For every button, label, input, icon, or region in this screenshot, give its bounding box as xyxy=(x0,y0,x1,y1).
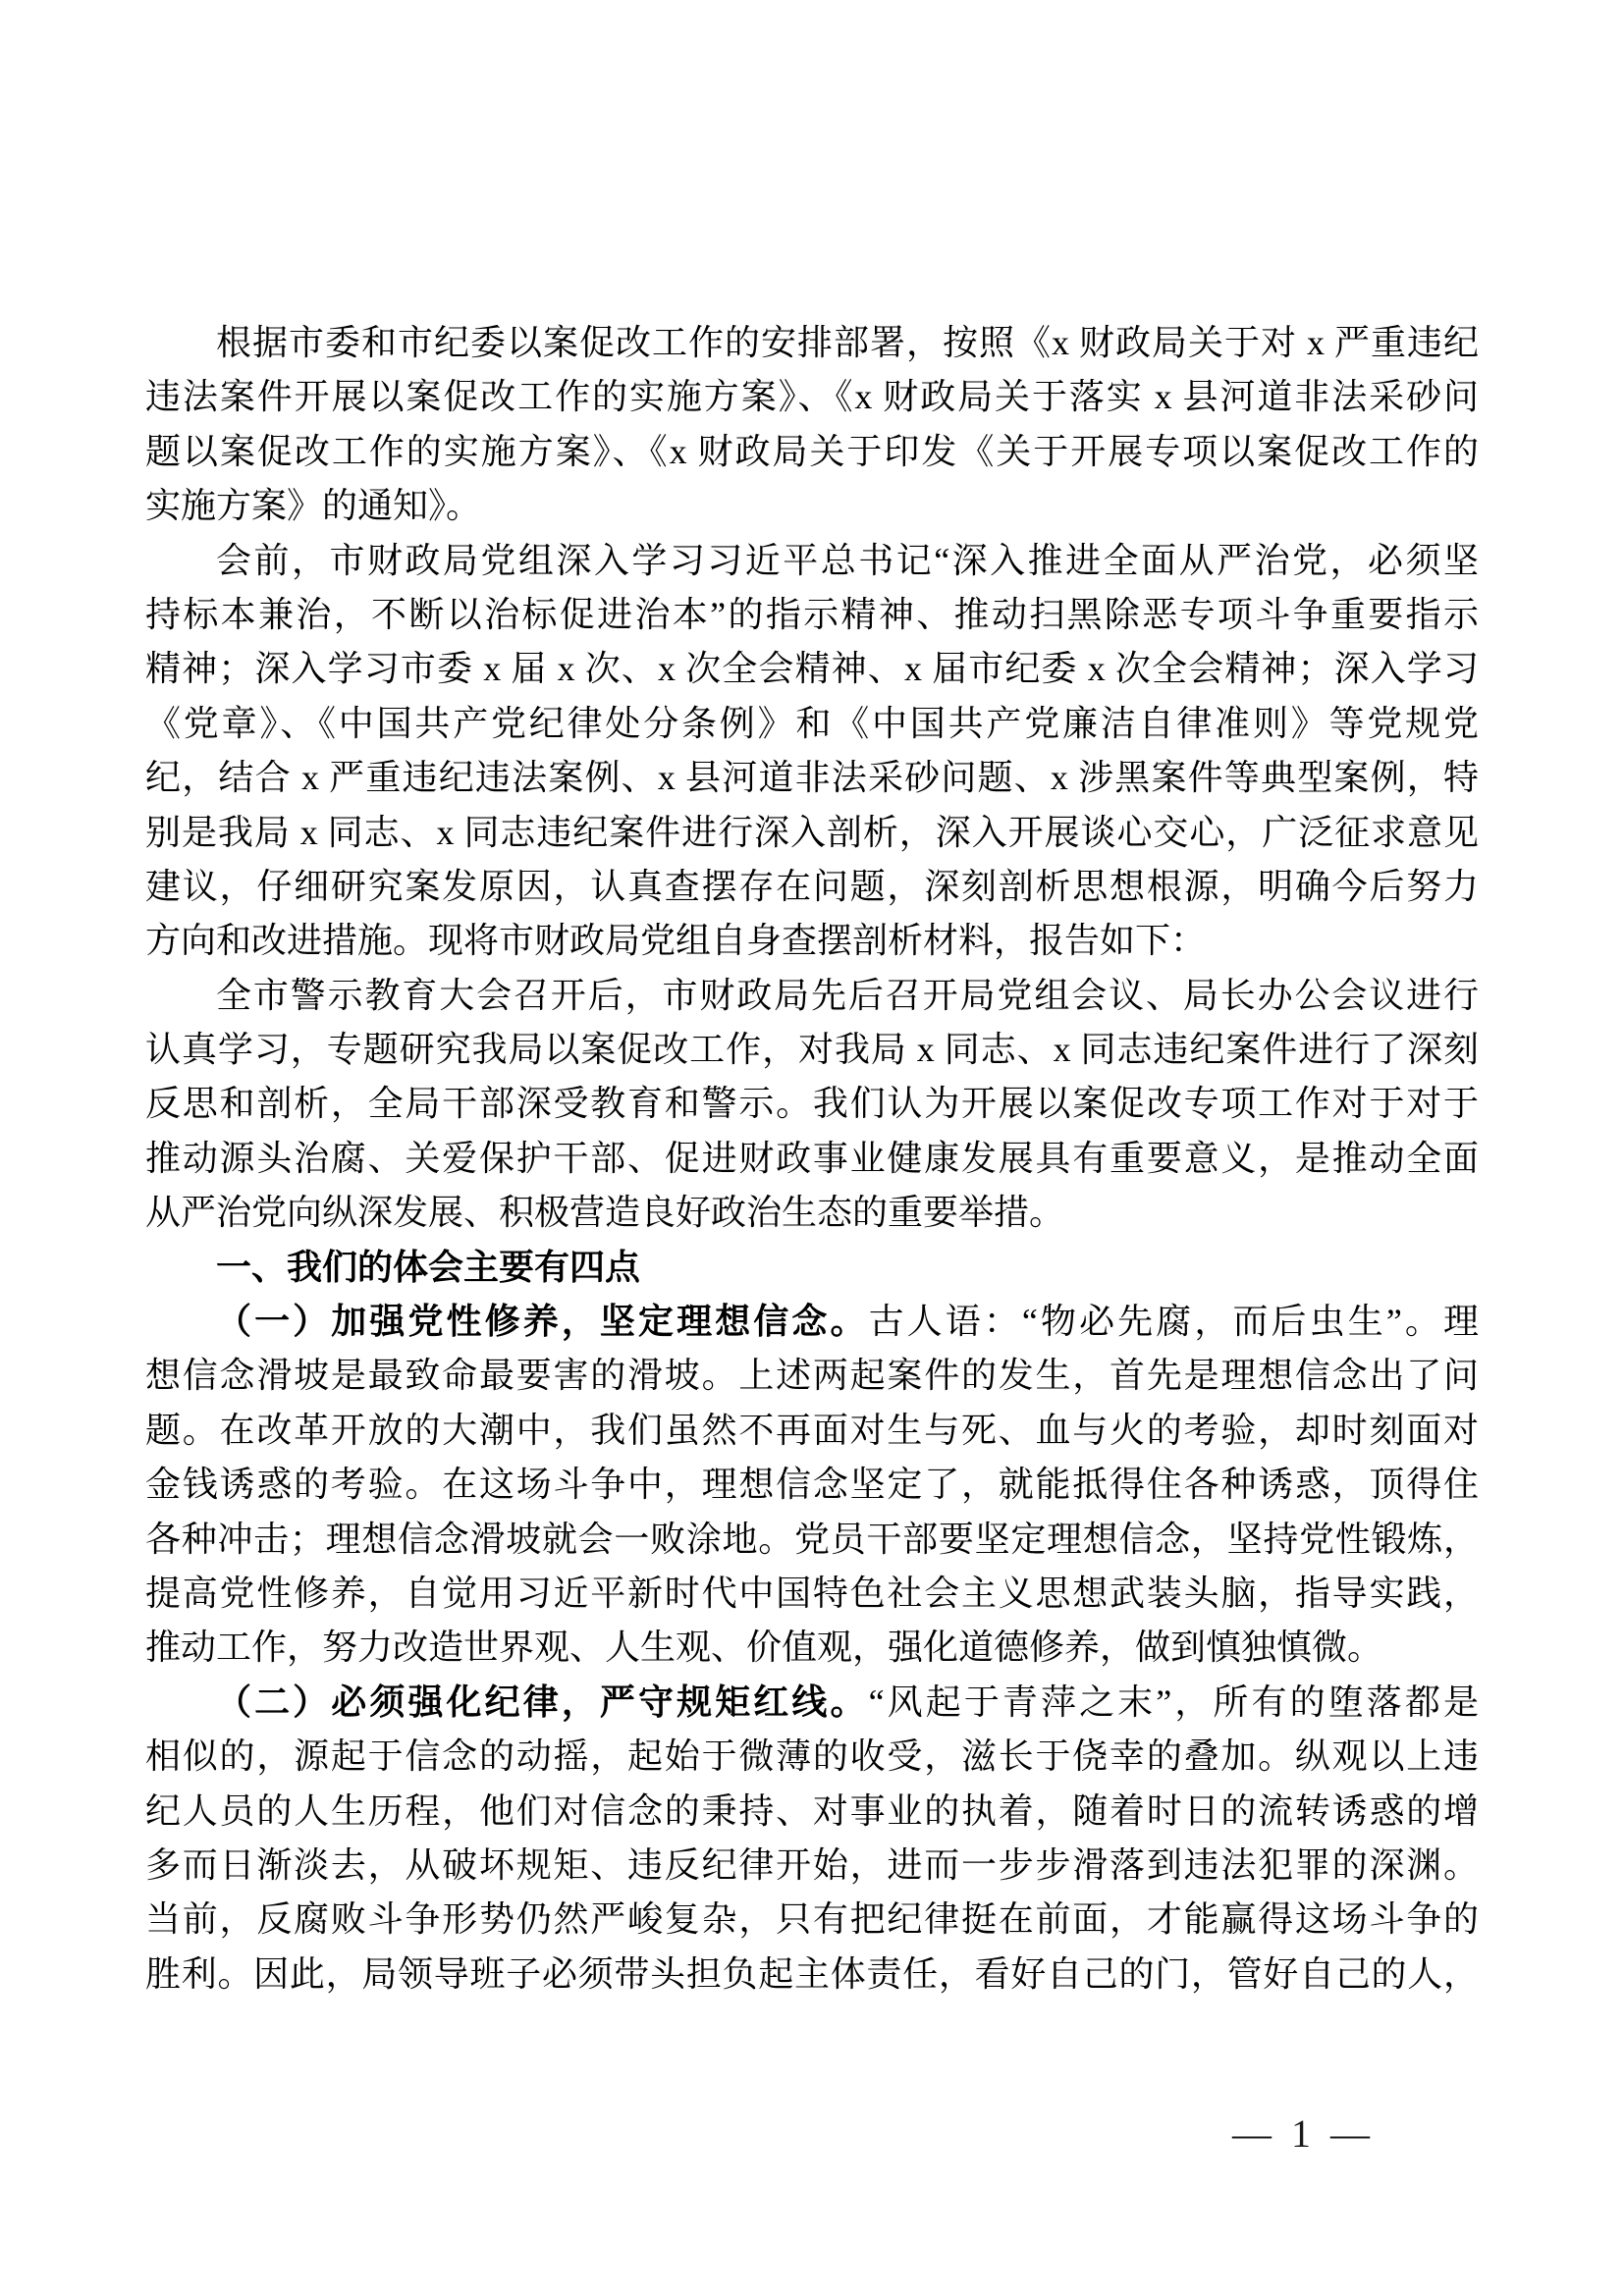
text-line: 金钱诱惑的考验。在这场斗争中，理想信念坚定了，就能抵得住各种诱惑，顶得住 xyxy=(145,1458,1479,1512)
text-line: 精神；深入学习市委 x 届 x 次、x 次全会精神、x 届市纪委 x 次全会精神… xyxy=(145,642,1479,696)
text-run: 根据市委和市纪委以案促改工作的安排部署，按照《x 财政局关于对 x 严重违纪 xyxy=(216,323,1479,362)
text-run: 方向和改进措施。现将市财政局党组自身查摆剖析材料，报告如下： xyxy=(145,921,1206,960)
text-run: 反思和剖析，全局干部深受教育和警示。我们认为开展以案促改专项工作对于对于 xyxy=(145,1084,1479,1123)
document-body: 根据市委和市纪委以案促改工作的安排部署，按照《x 财政局关于对 x 严重违纪违法… xyxy=(145,316,1479,2002)
text-line: 反思和剖析，全局干部深受教育和警示。我们认为开展以案促改专项工作对于对于 xyxy=(145,1077,1479,1131)
bold-text-run: （二）必须强化纪律，严守规矩红线。 xyxy=(216,1682,869,1722)
text-run: 全市警示教育大会召开后，市财政局先后召开局党组会议、局长办公会议进行 xyxy=(216,976,1479,1015)
text-line: 相似的，源起于信念的动摇，起始于微薄的收受，滋长于侥幸的叠加。纵观以上违 xyxy=(145,1730,1479,1784)
text-line: 纪，结合 x 严重违纪违法案例、x 县河道非法采砂问题、x 涉黑案件等典型案例，… xyxy=(145,751,1479,805)
text-run: 想信念滑坡是最致命最要害的滑坡。上述两起案件的发生，首先是理想信念出了问 xyxy=(145,1356,1479,1395)
text-run: 胜利。因此，局领导班子必须带头担负起主体责任，看好自己的门，管好自己的人， xyxy=(145,1954,1479,1994)
text-run: 题。在改革开放的大潮中，我们虽然不再面对生与死、血与火的考验，却时刻面对 xyxy=(145,1411,1479,1450)
text-run: 题以案促改工作的实施方案》、《x 财政局关于印发《关于开展专项以案促改工作的 xyxy=(145,432,1479,471)
text-run: 《党章》、《中国共产党纪律处分条例》和《中国共产党廉洁自律准则》等党规党 xyxy=(145,704,1479,743)
text-run: 认真学习，专题研究我局以案促改工作，对我局 x 同志、x 同志违纪案件进行了深刻 xyxy=(145,1030,1479,1069)
text-run: 持标本兼治，不断以治标促进治本”的指示精神、推动扫黑除恶专项斗争重要指示 xyxy=(145,595,1479,634)
text-run: 精神；深入学习市委 x 届 x 次、x 次全会精神、x 届市纪委 x 次全会精神… xyxy=(145,649,1479,688)
text-line: 想信念滑坡是最致命最要害的滑坡。上述两起案件的发生，首先是理想信念出了问 xyxy=(145,1349,1479,1403)
text-run: 相似的，源起于信念的动摇，起始于微薄的收受，滋长于侥幸的叠加。纵观以上违 xyxy=(145,1736,1479,1776)
bold-text-run: （一）加强党性修养，坚定理想信念。 xyxy=(216,1302,869,1341)
text-run: 多而日渐淡去，从破坏规矩、违反纪律开始，进而一步步滑落到违法犯罪的深渊。 xyxy=(145,1845,1479,1885)
text-line: 推动工作，努力改造世界观、人生观、价值观，强化道德修养，做到慎独慎微。 xyxy=(145,1621,1479,1675)
text-line: 纪人员的人生历程，他们对信念的秉持、对事业的执着，随着时日的流转诱惑的增 xyxy=(145,1785,1479,1839)
text-run: 会前，市财政局党组深入学习习近平总书记“深入推进全面从严治党，必须坚 xyxy=(216,541,1479,580)
text-line: 建议，仔细研究案发原因，认真查摆存在问题，深刻剖析思想根源，明确今后努力 xyxy=(145,860,1479,914)
text-line: 违法案件开展以案促改工作的实施方案》、《x 财政局关于落实 x 县河道非法采砂问 xyxy=(145,370,1479,424)
text-line: 多而日渐淡去，从破坏规矩、违反纪律开始，进而一步步滑落到违法犯罪的深渊。 xyxy=(145,1839,1479,1893)
text-line: 各种冲击；理想信念滑坡就会一败涂地。党员干部要坚定理想信念，坚持党性锻炼， xyxy=(145,1513,1479,1567)
text-line: 一、我们的体会主要有四点 xyxy=(145,1241,1479,1295)
text-line: 提高党性修养，自觉用习近平新时代中国特色社会主义思想武装头脑，指导实践， xyxy=(145,1567,1479,1621)
text-line: 全市警示教育大会召开后，市财政局先后召开局党组会议、局长办公会议进行 xyxy=(145,969,1479,1023)
text-run: 推动源头治腐、关爱保护干部、促进财政事业健康发展具有重要意义，是推动全面 xyxy=(145,1139,1479,1178)
text-line: 从严治党向纵深发展、积极营造良好政治生态的重要举措。 xyxy=(145,1186,1479,1240)
text-run: 实施方案》的通知》。 xyxy=(145,486,481,525)
text-run: 别是我局 x 同志、x 同志违纪案件进行深入剖析，深入开展谈心交心，广泛征求意见 xyxy=(145,813,1479,852)
bold-text-run: 一、我们的体会主要有四点 xyxy=(216,1248,640,1287)
text-run: 当前，反腐败斗争形势仍然严峻复杂，只有把纪律挺在前面，才能赢得这场斗争的 xyxy=(145,1899,1479,1939)
text-line: 题。在改革开放的大潮中，我们虽然不再面对生与死、血与火的考验，却时刻面对 xyxy=(145,1404,1479,1458)
text-line: 根据市委和市纪委以案促改工作的安排部署，按照《x 财政局关于对 x 严重违纪 xyxy=(145,316,1479,370)
document-page: 根据市委和市纪委以案促改工作的安排部署，按照《x 财政局关于对 x 严重违纪违法… xyxy=(0,0,1624,2296)
text-line: 当前，反腐败斗争形势仍然严峻复杂，只有把纪律挺在前面，才能赢得这场斗争的 xyxy=(145,1893,1479,1947)
text-line: 题以案促改工作的实施方案》、《x 财政局关于印发《关于开展专项以案促改工作的 xyxy=(145,425,1479,479)
text-run: 建议，仔细研究案发原因，认真查摆存在问题，深刻剖析思想根源，明确今后努力 xyxy=(145,867,1479,906)
text-run: 纪，结合 x 严重违纪违法案例、x 县河道非法采砂问题、x 涉黑案件等典型案例，… xyxy=(145,758,1479,797)
text-run: 纪人员的人生历程，他们对信念的秉持、对事业的执着，随着时日的流转诱惑的增 xyxy=(145,1791,1479,1831)
text-line: 别是我局 x 同志、x 同志违纪案件进行深入剖析，深入开展谈心交心，广泛征求意见 xyxy=(145,806,1479,860)
text-run: 古人语：“物必先腐，而后虫生”。理 xyxy=(869,1302,1479,1341)
text-run: “风起于青萍之末”，所有的堕落都是 xyxy=(869,1682,1479,1722)
text-line: 胜利。因此，局领导班子必须带头担负起主体责任，看好自己的门，管好自己的人， xyxy=(145,1948,1479,2002)
text-run: 金钱诱惑的考验。在这场斗争中，理想信念坚定了，就能抵得住各种诱惑，顶得住 xyxy=(145,1465,1479,1504)
text-line: 会前，市财政局党组深入学习习近平总书记“深入推进全面从严治党，必须坚 xyxy=(145,534,1479,588)
text-line: 持标本兼治，不断以治标促进治本”的指示精神、推动扫黑除恶专项斗争重要指示 xyxy=(145,588,1479,642)
text-run: 提高党性修养，自觉用习近平新时代中国特色社会主义思想武装头脑，指导实践， xyxy=(145,1574,1479,1613)
text-run: 违法案件开展以案促改工作的实施方案》、《x 财政局关于落实 x 县河道非法采砂问 xyxy=(145,377,1479,416)
text-run: 各种冲击；理想信念滑坡就会一败涂地。党员干部要坚定理想信念，坚持党性锻炼， xyxy=(145,1520,1479,1559)
text-line: 推动源头治腐、关爱保护干部、促进财政事业健康发展具有重要意义，是推动全面 xyxy=(145,1132,1479,1186)
text-line: （一）加强党性修养，坚定理想信念。古人语：“物必先腐，而后虫生”。理 xyxy=(145,1295,1479,1349)
text-line: 方向和改进措施。现将市财政局党组自身查摆剖析材料，报告如下： xyxy=(145,914,1479,968)
text-line: （二）必须强化纪律，严守规矩红线。“风起于青萍之末”，所有的堕落都是 xyxy=(145,1676,1479,1730)
text-line: 《党章》、《中国共产党纪律处分条例》和《中国共产党廉洁自律准则》等党规党 xyxy=(145,697,1479,751)
text-line: 认真学习，专题研究我局以案促改工作，对我局 x 同志、x 同志违纪案件进行了深刻 xyxy=(145,1023,1479,1077)
text-line: 实施方案》的通知》。 xyxy=(145,479,1479,533)
text-run: 从严治党向纵深发展、积极营造良好政治生态的重要举措。 xyxy=(145,1193,1064,1232)
text-run: 推动工作，努力改造世界观、人生观、价值观，强化道德修养，做到慎独慎微。 xyxy=(145,1628,1382,1667)
page-number: — 1 — xyxy=(1232,2112,1370,2156)
